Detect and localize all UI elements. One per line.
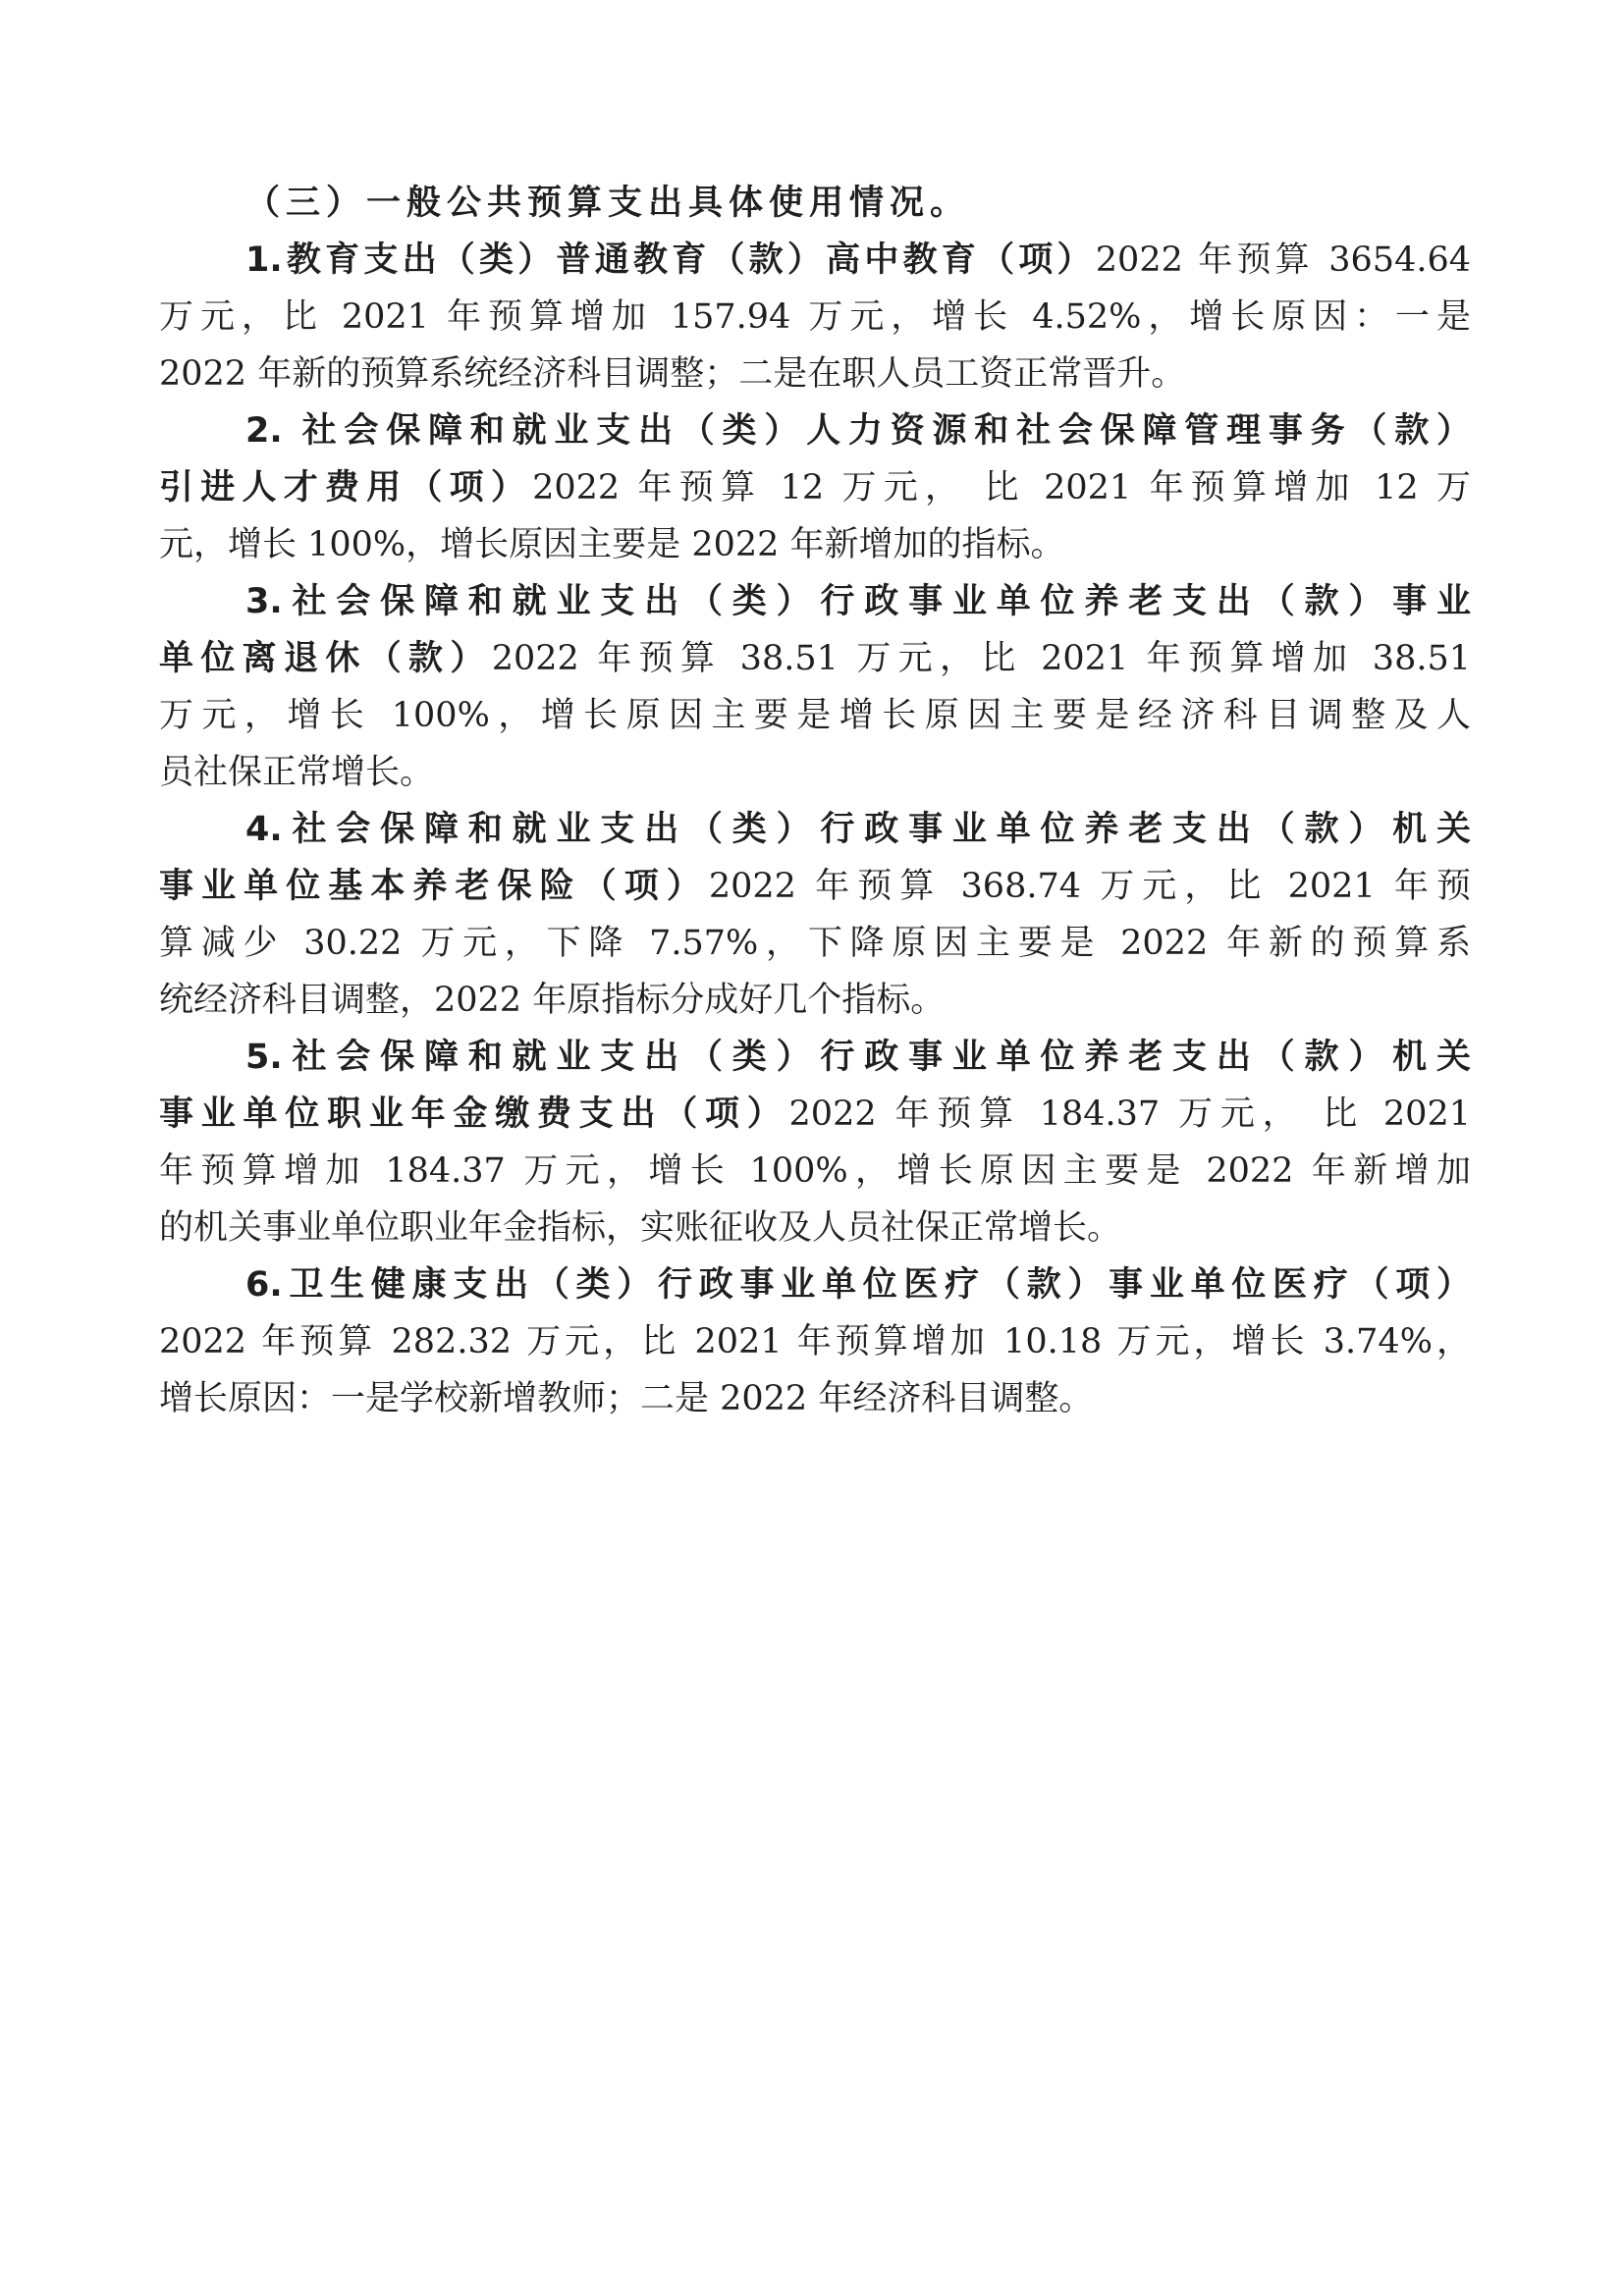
item-4-text: 算减少 30.22 万元，下降 7.57%，下降原因主要是 2022 年新的预算… — [159, 924, 1471, 963]
item-3-line-3: 万元，增长 100%，增长原因主要是增长原因主要是经济科目调整及人 — [159, 687, 1471, 744]
item-3-line-4: 员社保正常增长。 — [159, 744, 1471, 801]
item-5-text: 的机关事业单位职业年金指标，实账征收及人员社保正常增长。 — [159, 1208, 1121, 1248]
item-3-title: 单位离退休（款） — [159, 639, 492, 678]
item-5-line-2: 事业单位职业年金缴费支出（项）2022 年预算 184.37 万元， 比 202… — [159, 1086, 1471, 1143]
item-3-text: 员社保正常增长。 — [159, 753, 434, 792]
item-5-line-4: 的机关事业单位职业年金指标，实账征收及人员社保正常增长。 — [159, 1200, 1471, 1256]
item-2-line-3: 元，增长 100%，增长原因主要是 2022 年新增加的指标。 — [159, 516, 1471, 573]
item-4-text: 统经济科目调整，2022 年原指标分成好几个指标。 — [159, 981, 945, 1020]
section-heading: （三）一般公共预算支出具体使用情况。 — [245, 175, 1471, 232]
item-6-line-1: 6.卫生健康支出（类）行政事业单位医疗（款）事业单位医疗（项） — [245, 1256, 1471, 1313]
item-1-text: 万元，比 2021 年预算增加 157.94 万元，增长 4.52%，增长原因：… — [159, 297, 1471, 337]
item-3-title: 3.社会保障和就业支出（类）行政事业单位养老支出（款）事业 — [245, 582, 1471, 621]
item-1-title: 1.教育支出（类）普通教育（款）高中教育（项） — [245, 240, 1096, 280]
item-2-title: 引进人才费用（项） — [159, 468, 532, 507]
item-3-line-1: 3.社会保障和就业支出（类）行政事业单位养老支出（款）事业 — [245, 573, 1471, 630]
item-1-line-2: 万元，比 2021 年预算增加 157.94 万元，增长 4.52%，增长原因：… — [159, 289, 1471, 346]
item-5-title: 5.社会保障和就业支出（类）行政事业单位养老支出（款）机关 — [245, 1038, 1471, 1077]
item-4-line-3: 算减少 30.22 万元，下降 7.57%，下降原因主要是 2022 年新的预算… — [159, 915, 1471, 972]
item-5-text: 年预算增加 184.37 万元，增长 100%，增长原因主要是 2022 年新增… — [159, 1151, 1471, 1191]
item-3-text: 万元，增长 100%，增长原因主要是增长原因主要是经济科目调整及人 — [159, 696, 1471, 735]
item-1-line-1: 1.教育支出（类）普通教育（款）高中教育（项）2022 年预算 3654.64 — [245, 232, 1471, 289]
item-6-text: 2022 年预算 282.32 万元，比 2021 年预算增加 10.18 万元… — [159, 1322, 1471, 1362]
item-2-text: 元，增长 100%，增长原因主要是 2022 年新增加的指标。 — [159, 525, 1065, 564]
item-6-title: 6.卫生健康支出（类）行政事业单位医疗（款）事业单位医疗（项） — [245, 1265, 1471, 1305]
item-2-line-2: 引进人才费用（项）2022 年预算 12 万元， 比 2021 年预算增加 12… — [159, 459, 1471, 516]
item-4-text: 2022 年预算 368.74 万元，比 2021 年预 — [709, 867, 1471, 906]
item-3-text: 2022 年预算 38.51 万元，比 2021 年预算增加 38.51 — [492, 639, 1471, 678]
item-4-line-2: 事业单位基本养老保险（项）2022 年预算 368.74 万元，比 2021 年… — [159, 858, 1471, 915]
item-2-text: 2022 年预算 12 万元， 比 2021 年预算增加 12 万 — [532, 468, 1471, 507]
item-6-text: 增长原因：一是学校新增教师；二是 2022 年经济科目调整。 — [159, 1379, 1093, 1418]
item-5-title: 事业单位职业年金缴费支出（项） — [159, 1095, 789, 1134]
item-4-title: 事业单位基本养老保险（项） — [159, 867, 709, 906]
item-1-text: 2022 年预算 3654.64 — [1096, 240, 1471, 280]
item-1-text: 2022 年新的预算系统经济科目调整；二是在职人员工资正常晋升。 — [159, 354, 1185, 394]
item-3-line-2: 单位离退休（款）2022 年预算 38.51 万元，比 2021 年预算增加 3… — [159, 630, 1471, 687]
item-1-line-3: 2022 年新的预算系统经济科目调整；二是在职人员工资正常晋升。 — [159, 346, 1471, 402]
item-2-line-1: 2. 社会保障和就业支出（类）人力资源和社会保障管理事务（款） — [245, 402, 1471, 459]
item-6-line-2: 2022 年预算 282.32 万元，比 2021 年预算增加 10.18 万元… — [159, 1313, 1471, 1370]
item-5-line-1: 5.社会保障和就业支出（类）行政事业单位养老支出（款）机关 — [245, 1029, 1471, 1086]
item-4-title: 4.社会保障和就业支出（类）行政事业单位养老支出（款）机关 — [245, 810, 1471, 849]
item-4-line-4: 统经济科目调整，2022 年原指标分成好几个指标。 — [159, 972, 1471, 1029]
item-2-title: 2. 社会保障和就业支出（类）人力资源和社会保障管理事务（款） — [245, 411, 1471, 451]
item-5-text: 2022 年预算 184.37 万元， 比 2021 — [789, 1095, 1471, 1134]
item-5-line-3: 年预算增加 184.37 万元，增长 100%，增长原因主要是 2022 年新增… — [159, 1143, 1471, 1200]
section-heading-text: （三）一般公共预算支出具体使用情况。 — [245, 184, 970, 223]
item-6-line-3: 增长原因：一是学校新增教师；二是 2022 年经济科目调整。 — [159, 1370, 1471, 1427]
item-4-line-1: 4.社会保障和就业支出（类）行政事业单位养老支出（款）机关 — [245, 801, 1471, 858]
